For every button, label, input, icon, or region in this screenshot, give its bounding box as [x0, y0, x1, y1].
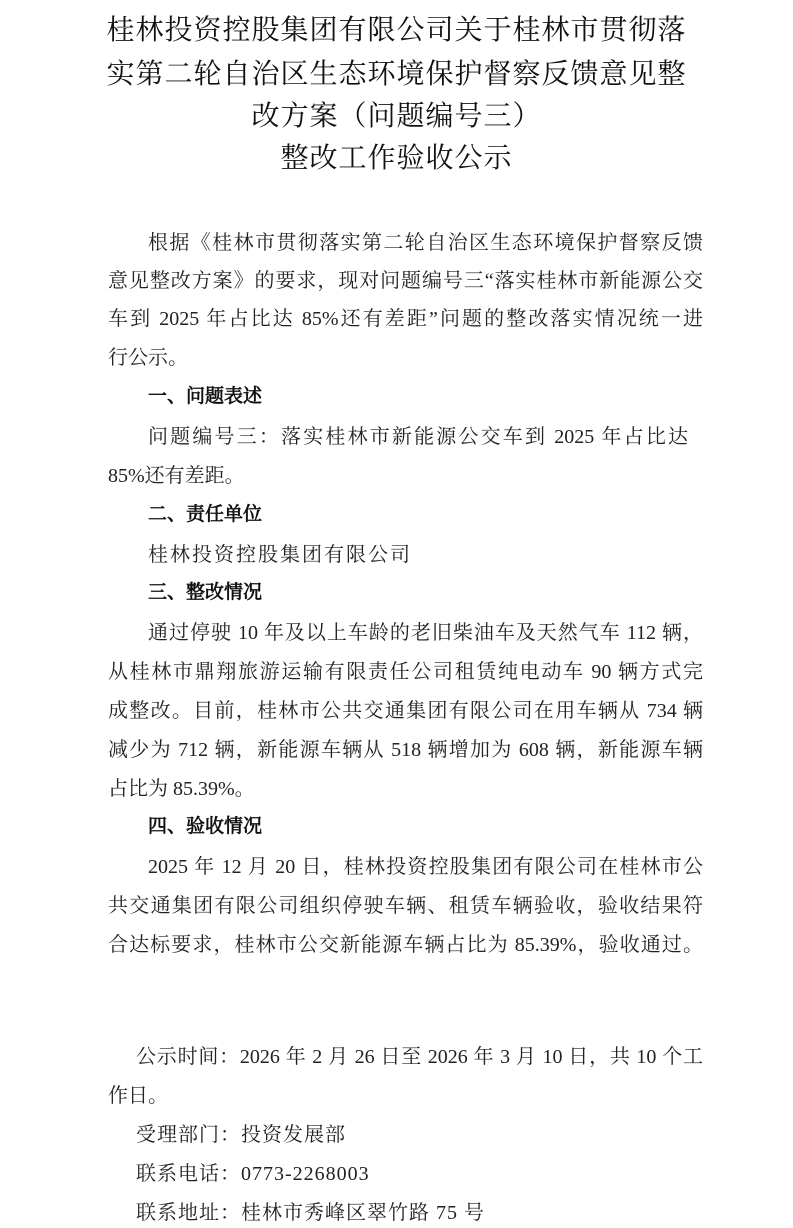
section-rectification-line-4: 减少为 712 辆，新能源车辆从 518 辆增加为 608 辆，新能源车辆	[108, 733, 703, 762]
intro-line-4: 行公示。	[108, 341, 188, 370]
section-rectification-line-3: 成整改。目前，桂林市公共交通集团有限公司在用车辆从 734 辆	[108, 694, 703, 723]
section-heading-responsible: 二、责任单位	[148, 499, 262, 526]
notice-period-line-2: 作日。	[108, 1079, 168, 1108]
section-rectification-line-5: 占比为 85.39%。	[108, 772, 255, 801]
document-title-line-2: 实第二轮自治区生态环境保护督察反馈意见整	[0, 52, 793, 92]
intro-line-3: 车到 2025 年占比达 85%还有差距”问题的整改落实情况统一进	[108, 302, 703, 331]
section-rectification-line-2: 从桂林市鼎翔旅游运输有限责任公司租赁纯电动车 90 辆方式完	[108, 655, 703, 684]
notice-address: 联系地址：桂林市秀峰区翠竹路 75 号	[136, 1196, 485, 1225]
section-problem-line-1: 问题编号三：落实桂林市新能源公交车到 2025 年占比达	[148, 420, 688, 449]
section-acceptance-line-1: 2025 年 12 月 20 日，桂林投资控股集团有限公司在桂林市公	[148, 850, 703, 879]
intro-line-2: 意见整改方案》的要求，现对问题编号三“落实桂林市新能源公交	[108, 264, 703, 293]
section-rectification-line-1: 通过停驶 10 年及以上车龄的老旧柴油车及天然气车 112 辆，	[148, 616, 703, 645]
document-subtitle: 整改工作验收公示	[0, 136, 793, 176]
notice-period-line-1: 公示时间：2026 年 2 月 26 日至 2026 年 3 月 10 日，共 …	[136, 1040, 703, 1069]
notice-phone: 联系电话：0773-2268003	[136, 1157, 370, 1186]
section-problem-line-2: 85%还有差距。	[108, 459, 245, 488]
section-acceptance-line-3: 合达标要求，桂林市公交新能源车辆占比为 85.39%，验收通过。	[108, 928, 703, 957]
section-responsible-line-1: 桂林投资控股集团有限公司	[148, 538, 412, 567]
section-heading-rectification: 三、整改情况	[148, 577, 262, 604]
section-heading-problem: 一、问题表述	[148, 381, 262, 408]
intro-line-1: 根据《桂林市贯彻落实第二轮自治区生态环境保护督察反馈	[148, 226, 703, 255]
section-heading-acceptance: 四、验收情况	[148, 811, 262, 838]
document-page: 桂林投资控股集团有限公司关于桂林市贯彻落 实第二轮自治区生态环境保护督察反馈意见…	[0, 0, 793, 1228]
notice-department: 受理部门：投资发展部	[136, 1118, 346, 1147]
document-title-line-3: 改方案（问题编号三）	[0, 94, 793, 134]
section-acceptance-line-2: 共交通集团有限公司组织停驶车辆、租赁车辆验收，验收结果符	[108, 889, 703, 918]
document-title-line-1: 桂林投资控股集团有限公司关于桂林市贯彻落	[0, 8, 793, 48]
